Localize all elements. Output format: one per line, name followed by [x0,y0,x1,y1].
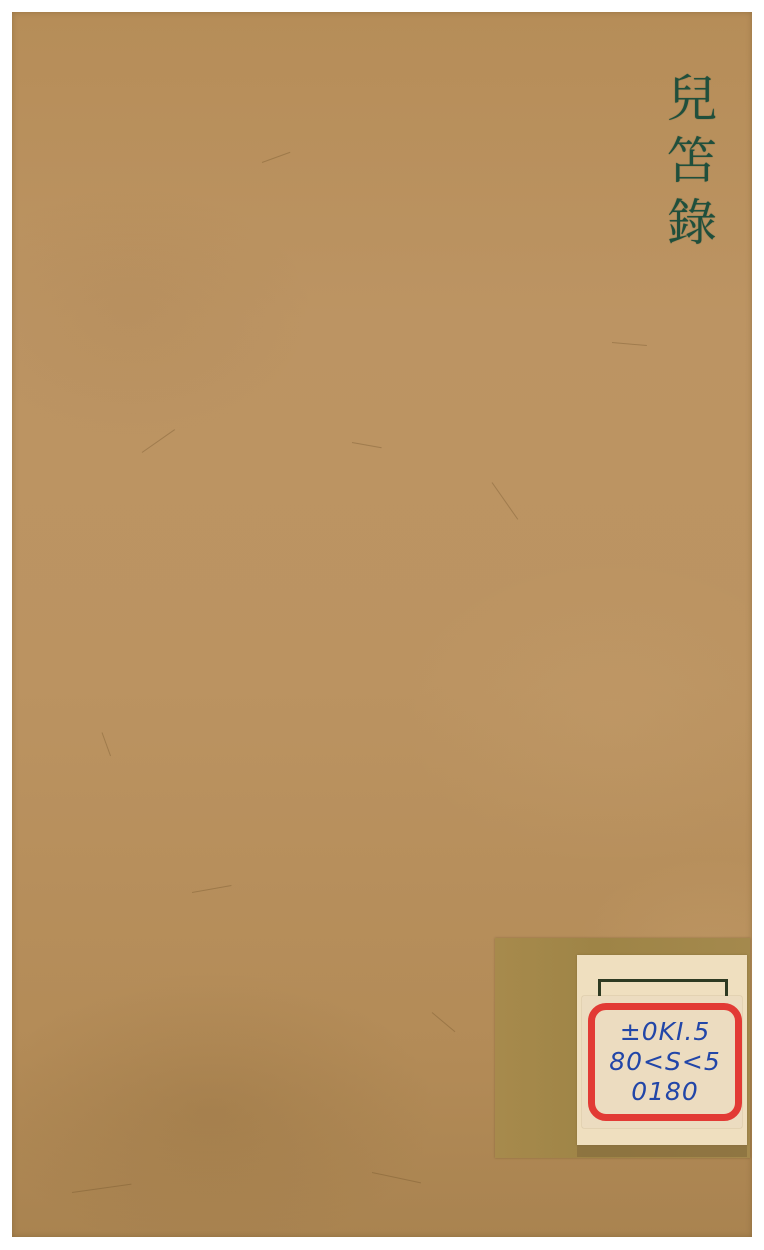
paper-fiber [612,342,647,346]
call-number-line: 80<S<5 [609,1047,720,1077]
paper-fiber [102,732,111,756]
title-char: 兒 [667,68,717,130]
paper-fiber [432,1012,456,1032]
call-number-line: ±0KI.5 [620,1017,710,1047]
paper-fiber [262,152,291,163]
call-number-frame: ±0KI.5 80<S<5 0180 [588,1003,742,1121]
paper-fiber [192,885,232,893]
vertical-title: 兒 笘 錄 [660,68,724,254]
paper-fiber [72,1184,132,1193]
title-char: 錄 [667,192,717,254]
paper-fiber [492,482,519,519]
paper-fiber [352,442,382,448]
call-number-line: 0180 [631,1077,699,1107]
paper-fiber [372,1172,421,1183]
paper-fiber [142,429,175,453]
label-card-shadow [577,1145,747,1157]
title-char: 笘 [667,130,717,192]
